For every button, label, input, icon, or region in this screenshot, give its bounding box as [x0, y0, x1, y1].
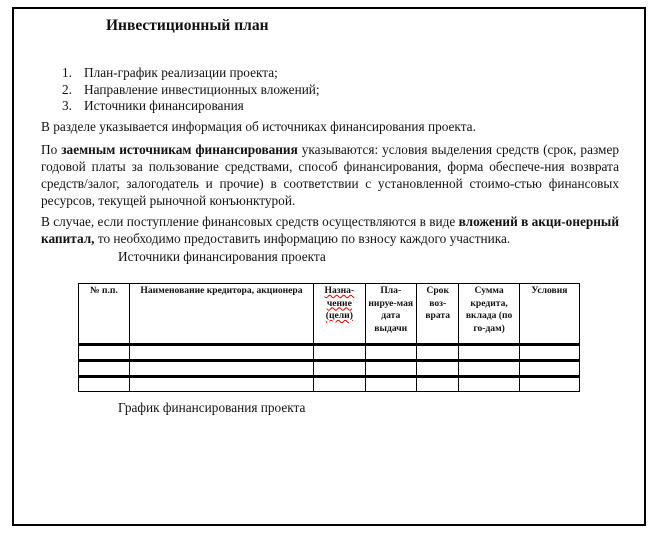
table-cell[interactable]: [314, 345, 365, 361]
table-cell[interactable]: [416, 377, 458, 392]
list-item-number: 2.: [62, 82, 84, 99]
list-item-text: Источники финансирования: [84, 98, 244, 115]
column-header-repayment-term: Срок воз-врата: [416, 284, 458, 345]
paragraph-intro: В разделе указывается информация об исто…: [41, 118, 619, 135]
table-cell[interactable]: [314, 377, 365, 392]
column-header-creditor: Наименование кредитора, акционера: [129, 284, 313, 345]
column-header-planned-date: Пла-нируе-мая дата выдачи: [365, 284, 416, 345]
table-cell[interactable]: [459, 361, 519, 377]
paragraph-text: По: [41, 142, 61, 157]
table-cell[interactable]: [314, 361, 365, 377]
table-cell[interactable]: [79, 345, 130, 361]
column-header-number: № п.п.: [79, 284, 130, 345]
paragraph-text: то необходимо предоставить информацию по…: [95, 231, 511, 246]
table-row: [79, 345, 580, 361]
table-cell[interactable]: [365, 377, 416, 392]
paragraph-text: В случае, если поступление финансовых ср…: [41, 214, 459, 229]
schedule-caption: График финансирования проекта: [118, 400, 305, 416]
list-item: 3.Источники финансирования: [62, 98, 320, 115]
plan-list: 1.План-график реализации проекта; 2.Напр…: [62, 65, 320, 115]
table-caption: Источники финансирования проекта: [118, 249, 326, 265]
list-item: 2.Направление инвестиционных вложений;: [62, 82, 320, 99]
table-cell[interactable]: [459, 345, 519, 361]
list-item-text: План-график реализации проекта;: [84, 65, 278, 82]
table-header-row: № п.п. Наименование кредитора, акционера…: [79, 284, 580, 345]
page-title: Инвестиционный план: [106, 17, 269, 35]
table-cell[interactable]: [416, 361, 458, 377]
table-cell[interactable]: [129, 377, 313, 392]
list-item-text: Направление инвестиционных вложений;: [84, 82, 320, 99]
table-cell[interactable]: [129, 345, 313, 361]
table-cell[interactable]: [79, 377, 130, 392]
table-cell[interactable]: [129, 361, 313, 377]
table-cell[interactable]: [416, 345, 458, 361]
table-cell[interactable]: [459, 377, 519, 392]
table-cell[interactable]: [365, 345, 416, 361]
table-row: [79, 377, 580, 392]
table-row: [79, 361, 580, 377]
header-text: Назна-чение (цели): [325, 285, 355, 321]
paragraph-equity: В случае, если поступление финансовых ср…: [41, 213, 619, 247]
list-item: 1.План-график реализации проекта;: [62, 65, 320, 82]
table-cell[interactable]: [79, 361, 130, 377]
column-header-amount: Сумма кредита, вклада (по го-дам): [459, 284, 519, 345]
table-cell[interactable]: [519, 377, 579, 392]
paragraph-loan-sources: По заемным источникам финансирования ука…: [41, 141, 619, 209]
financing-sources-table: № п.п. Наименование кредитора, акционера…: [78, 283, 580, 392]
table-cell[interactable]: [519, 345, 579, 361]
table-cell[interactable]: [365, 361, 416, 377]
column-header-conditions: Условия: [519, 284, 579, 345]
paragraph-bold-text: заемным источникам финансирования: [61, 142, 298, 157]
list-item-number: 3.: [62, 98, 84, 115]
list-item-number: 1.: [62, 65, 84, 82]
column-header-purpose: Назна-чение (цели): [314, 284, 365, 345]
table-cell[interactable]: [519, 361, 579, 377]
